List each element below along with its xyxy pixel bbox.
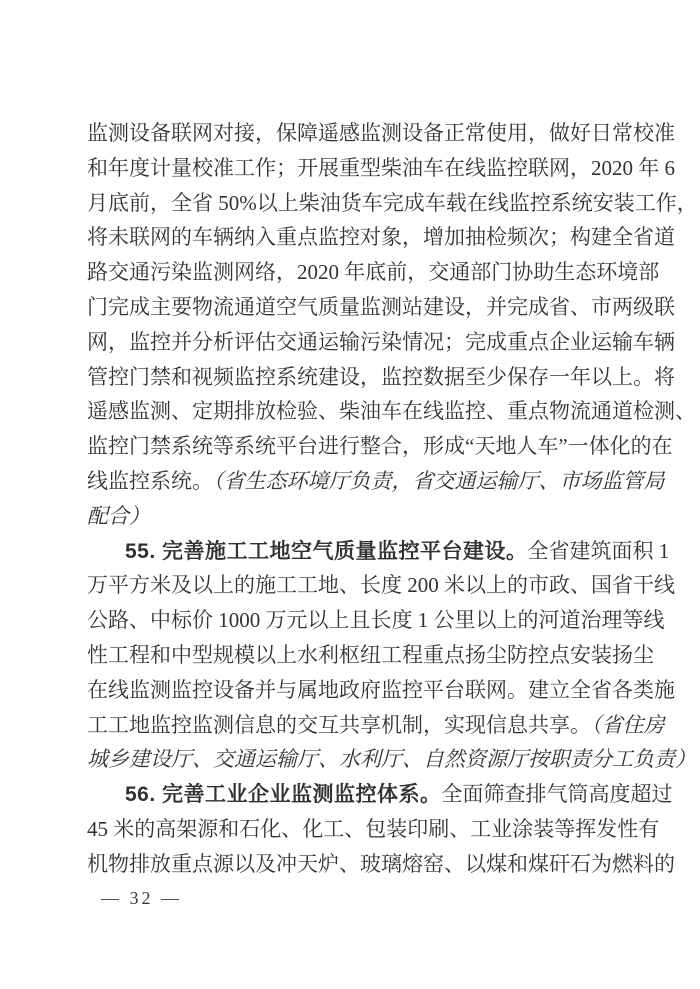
- text-segment: 路交通污染监测网络，2020 年底前，交通部门协助生态环境部: [87, 260, 659, 284]
- text-line: 遥感监测、定期排放检验、柴油车在线监控、重点物流通道检测、: [87, 394, 621, 429]
- text-block: 监测设备联网对接，保障遥感监测设备正常使用，做好日常校准和年度计量校准工作；开展…: [87, 116, 621, 882]
- text-line: 和年度计量校准工作；开展重型柴油车在线监控联网，2020 年 6: [87, 151, 621, 186]
- text-line: 工工地监控监测信息的交互共享机制，实现信息共享。（省住房: [87, 708, 621, 743]
- text-line: 将未联网的车辆纳入重点监控对象，增加抽检频次；构建全省道: [87, 220, 621, 255]
- text-line: 机物排放重点源以及冲天炉、玻璃熔窑、以煤和煤矸石为燃料的: [87, 847, 621, 882]
- text-line: 公路、中标价 1000 万元以上且长度 1 公里以上的河道治理等线: [87, 603, 621, 638]
- text-line: 配合）: [87, 499, 621, 534]
- text-segment: 机物排放重点源以及冲天炉、玻璃熔窑、以煤和煤矸石为燃料的: [87, 852, 675, 876]
- responsibility-note: （省生态环境厅负责，省交通运输厅、市场监管局: [213, 469, 665, 493]
- responsibility-note: （省住房: [591, 713, 665, 737]
- text-segment: 监控门禁系统等系统平台进行整合，形成“天地人车”一体化的在: [87, 434, 673, 458]
- text-segment: 性工程和中型规模以上水利枢纽工程重点扬尘防控点安装扬尘: [87, 643, 654, 667]
- text-line: 网，监控并分析评估交通运输污染情况；完成重点企业运输车辆: [87, 325, 621, 360]
- paragraph-heading: 55. 完善施工工地空气质量监控平台建设。: [125, 540, 528, 563]
- text-segment: 公路、中标价 1000 万元以上且长度 1 公里以上的河道治理等线: [87, 608, 665, 632]
- text-segment: 网，监控并分析评估交通运输污染情况；完成重点企业运输车辆: [87, 330, 675, 354]
- responsibility-note: 配合）: [87, 504, 150, 528]
- text-line: 路交通污染监测网络，2020 年底前，交通部门协助生态环境部: [87, 255, 621, 290]
- text-segment: 在线监测监控设备并与属地政府监控平台联网。建立全省各类施: [87, 678, 675, 702]
- text-line: 监控门禁系统等系统平台进行整合，形成“天地人车”一体化的在: [87, 429, 621, 464]
- text-segment: 管控门禁和视频监控系统建设，监控数据至少保存一年以上。将: [87, 365, 675, 389]
- text-line: 城乡建设厅、交通运输厅、水利厅、自然资源厅按职责分工负责）: [87, 742, 621, 777]
- responsibility-note: 城乡建设厅、交通运输厅、水利厅、自然资源厅按职责分工负责）: [87, 747, 696, 771]
- text-line: 万平方米及以上的施工工地、长度 200 米以上的市政、国省干线: [87, 568, 621, 603]
- text-line: 管控门禁和视频监控系统建设，监控数据至少保存一年以上。将: [87, 360, 621, 395]
- text-segment: 和年度计量校准工作；开展重型柴油车在线监控联网，2020 年 6: [87, 156, 675, 180]
- text-segment: 45 米的高架源和石化、化工、包装印刷、工业涂装等挥发性有: [87, 817, 659, 841]
- text-segment: 线监控系统。: [87, 469, 213, 493]
- text-line: 56. 完善工业企业监测监控体系。全面筛查排气筒高度超过: [87, 777, 621, 812]
- text-segment: 全省建筑面积 1: [528, 539, 670, 563]
- text-segment: 工工地监控监测信息的交互共享机制，实现信息共享。: [87, 713, 591, 737]
- text-line: 门完成主要物流通道空气质量监测站建设，并完成省、市两级联: [87, 290, 621, 325]
- text-line: 55. 完善施工工地空气质量监控平台建设。全省建筑面积 1: [87, 534, 621, 569]
- text-line: 月底前，全省 50%以上柴油货车完成车载在线监控系统安装工作，: [87, 186, 621, 221]
- text-segment: 门完成主要物流通道空气质量监测站建设，并完成省、市两级联: [87, 295, 675, 319]
- page-number: — 32 —: [101, 888, 182, 909]
- text-line: 45 米的高架源和石化、化工、包装印刷、工业涂装等挥发性有: [87, 812, 621, 847]
- text-line: 线监控系统。（省生态环境厅负责，省交通运输厅、市场监管局: [87, 464, 621, 499]
- text-segment: 将未联网的车辆纳入重点监控对象，增加抽检频次；构建全省道: [87, 225, 675, 249]
- paragraph-heading: 56. 完善工业企业监测监控体系。: [125, 783, 442, 806]
- text-segment: 全面筛查排气筒高度超过: [442, 782, 673, 806]
- text-segment: 遥感监测、定期排放检验、柴油车在线监控、重点物流通道检测、: [87, 399, 696, 423]
- text-segment: 监测设备联网对接，保障遥感监测设备正常使用，做好日常校准: [87, 121, 675, 145]
- text-segment: 万平方米及以上的施工工地、长度 200 米以上的市政、国省干线: [87, 573, 675, 597]
- text-line: 在线监测监控设备并与属地政府监控平台联网。建立全省各类施: [87, 673, 621, 708]
- document-page: 监测设备联网对接，保障遥感监测设备正常使用，做好日常校准和年度计量校准工作；开展…: [0, 0, 700, 989]
- text-segment: 月底前，全省 50%以上柴油货车完成车载在线监控系统安装工作，: [87, 191, 698, 215]
- text-line: 性工程和中型规模以上水利枢纽工程重点扬尘防控点安装扬尘: [87, 638, 621, 673]
- text-line: 监测设备联网对接，保障遥感监测设备正常使用，做好日常校准: [87, 116, 621, 151]
